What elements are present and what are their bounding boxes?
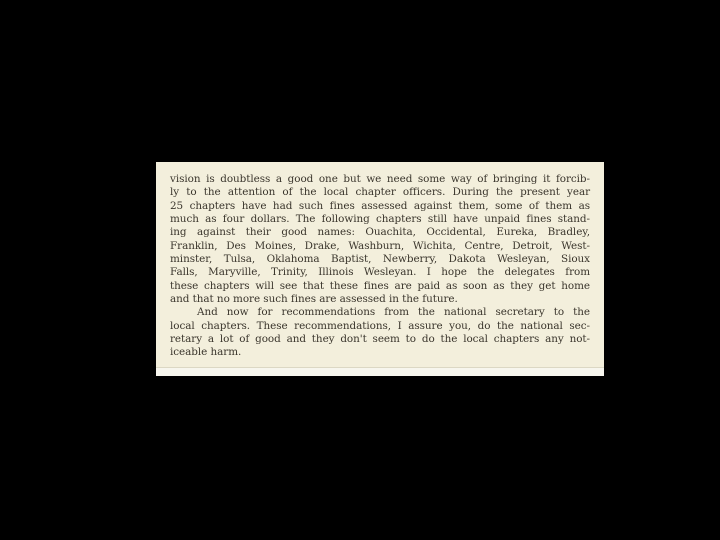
text-line: minster, Tulsa, Oklahoma Baptist, Newber… (170, 253, 590, 266)
text-line: Falls, Maryville, Trinity, Illinois Wesl… (170, 266, 590, 279)
text-line: local chapters. These recommendations, I… (170, 320, 590, 333)
document-text: vision is doubtless a good one but we ne… (170, 173, 590, 360)
paragraph-start-line: And now for recommendations from the nat… (170, 306, 590, 319)
document-page: vision is doubtless a good one but we ne… (156, 162, 604, 376)
text-line: 25 chapters have had such fines assessed… (170, 200, 590, 213)
text-line: iceable harm. (170, 346, 590, 359)
text-line: vision is doubtless a good one but we ne… (170, 173, 590, 186)
text-line: ly to the attention of the local chapter… (170, 186, 590, 199)
text-line: retary a lot of good and they don't seem… (170, 333, 590, 346)
text-line: ing against their good names: Ouachita, … (170, 226, 590, 239)
text-line: Franklin, Des Moines, Drake, Washburn, W… (170, 240, 590, 253)
text-line: much as four dollars. The following chap… (170, 213, 590, 226)
text-line: and that no more such fines are assessed… (170, 293, 590, 306)
page-edge (156, 367, 604, 376)
text-line: these chapters will see that these fines… (170, 280, 590, 293)
